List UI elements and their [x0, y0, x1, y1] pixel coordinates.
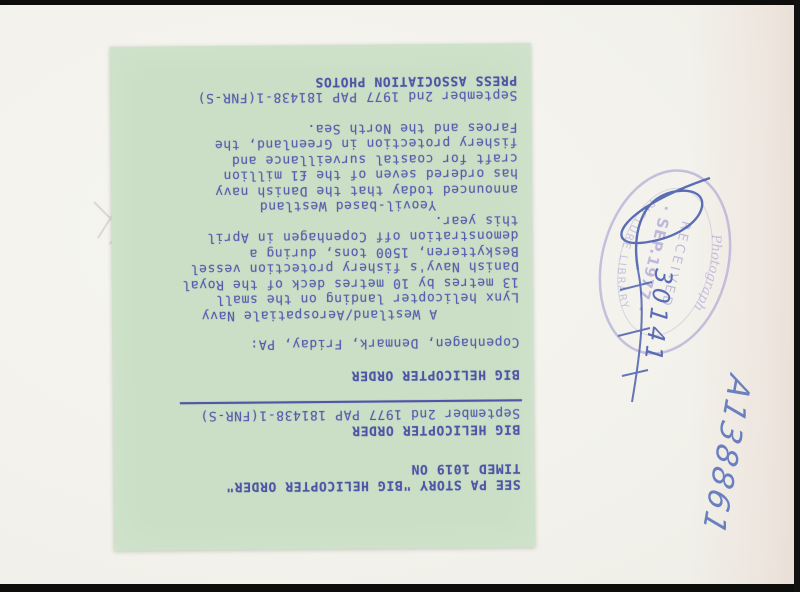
- pen-flourish: 30141: [560, 140, 800, 444]
- stamp-number-handwriting: 30141: [638, 267, 678, 366]
- caption-sheet: SEE PA STORY "BIG HELICOPTER ORDER" TIME…: [110, 43, 535, 551]
- film-edge-bottom: [0, 584, 800, 592]
- headline: BIG HELICOPTER ORDER: [131, 366, 520, 385]
- photo-scan: SEE PA STORY "BIG HELICOPTER ORDER" TIME…: [0, 0, 800, 592]
- caption-sheet-content: SEE PA STORY "BIG HELICOPTER ORDER" TIME…: [110, 43, 535, 551]
- dateline: Copenhagen, Denmark, Friday, PA:: [130, 334, 519, 353]
- film-edge-top: [0, 0, 800, 5]
- film-edge-right: [794, 0, 800, 592]
- divider-rule: [180, 399, 522, 404]
